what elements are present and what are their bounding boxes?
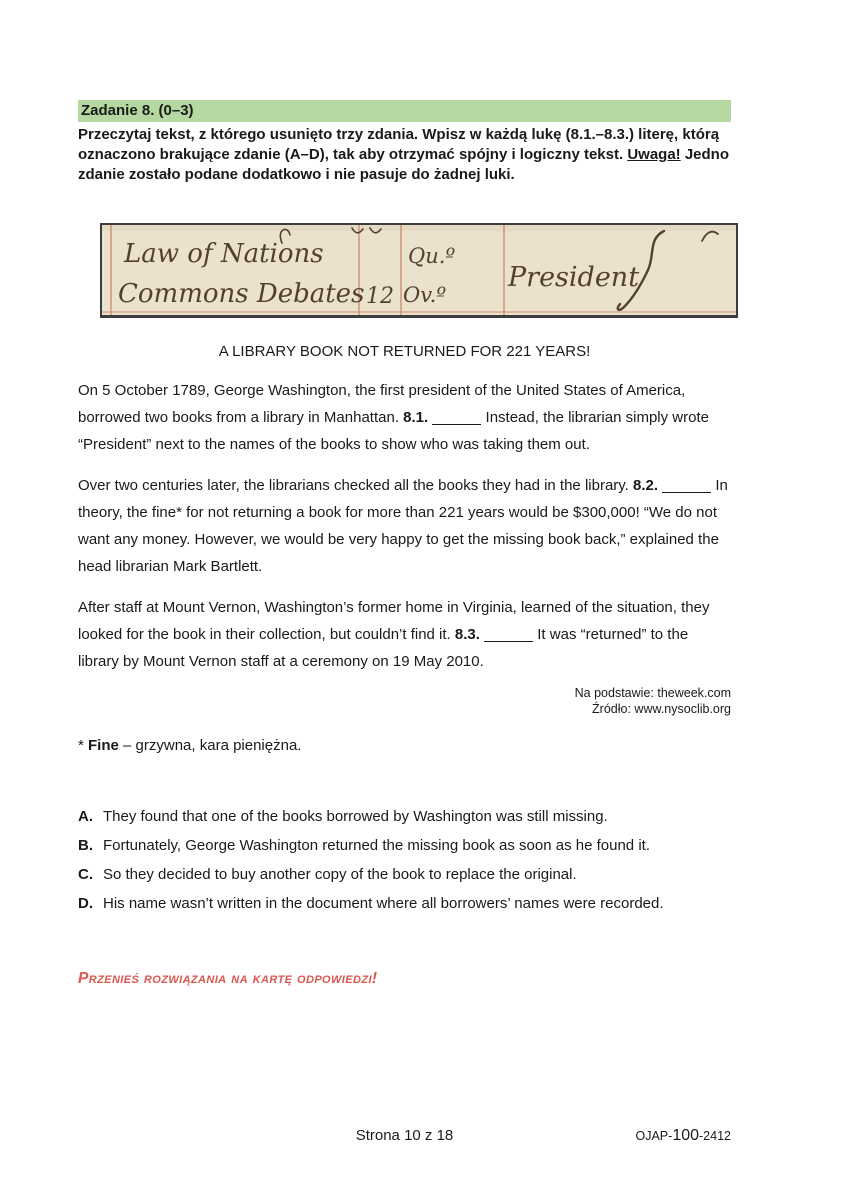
task-header-bar: Zadanie 8. (0–3)	[78, 100, 731, 122]
page-content: Zadanie 8. (0–3) Przeczytaj tekst, z któ…	[78, 0, 731, 988]
ledger-svg: Law of Nations Commons Debates 12 Qu.º O…	[102, 225, 736, 315]
exam-page: { "task": { "header": "Zadanie 8. (0–3)"…	[0, 0, 849, 1200]
glossary-footnote: * Fine – grzywna, kara pieniężna.	[78, 736, 731, 756]
passage-paragraph-3: After staff at Mount Vernon, Washington’…	[78, 594, 731, 675]
task-header-label: Zadanie 8. (0–3)	[81, 102, 194, 119]
exam-code-mid: 100	[672, 1127, 699, 1144]
gap-blank-8-1	[432, 410, 481, 425]
transfer-answers-note: Przenieś rozwiązania na kartę odpowiedzi…	[78, 970, 731, 988]
exam-code-prefix: OJAP-	[636, 1129, 673, 1143]
ledger-paper-shade	[102, 225, 736, 231]
option-row-b: B. Fortunately, George Washington return…	[78, 837, 731, 855]
gap-label-8-2: 8.2.	[633, 477, 658, 494]
source-line-1: Na podstawie: theweek.com	[78, 685, 731, 701]
gap-blank-8-2	[662, 478, 711, 493]
ledger-title-1: Law of Nations	[123, 239, 324, 269]
passage-paragraph-1: On 5 October 1789, George Washington, th…	[78, 377, 731, 458]
footnote-marker: *	[78, 737, 88, 754]
option-text-d: His name wasn’t written in the document …	[103, 895, 664, 913]
gap-label-8-3: 8.3.	[455, 626, 480, 643]
paragraph-text: Over two centuries later, the librarians…	[78, 477, 633, 494]
source-line-2: Źródło: www.nysoclib.org	[78, 701, 731, 717]
option-letter-b: B.	[78, 837, 103, 855]
instructions-text: Przeczytaj tekst, z którego usunięto trz…	[78, 126, 719, 163]
task-instructions: Przeczytaj tekst, z którego usunięto trz…	[78, 125, 731, 185]
ledger-borrower: President	[507, 262, 639, 293]
instructions-warning: Uwaga!	[627, 146, 680, 163]
gap-label-8-1: 8.1.	[403, 409, 428, 426]
ledger-scan-image: Law of Nations Commons Debates 12 Qu.º O…	[100, 223, 738, 318]
option-row-d: D. His name wasn’t written in the docume…	[78, 895, 731, 913]
passage-paragraph-2: Over two centuries later, the librarians…	[78, 472, 731, 580]
option-text-c: So they decided to buy another copy of t…	[103, 866, 577, 884]
page-footer: Strona 10 z 18 OJAP-100-2412	[78, 1126, 731, 1146]
option-row-a: A. They found that one of the books borr…	[78, 808, 731, 826]
option-row-c: C. So they decided to buy another copy o…	[78, 866, 731, 884]
exam-code: OJAP-100-2412	[636, 1126, 732, 1146]
ledger-title-2: Commons Debates	[118, 279, 364, 309]
option-letter-d: D.	[78, 895, 103, 913]
passage-title: A LIBRARY BOOK NOT RETURNED FOR 221 YEAR…	[78, 343, 731, 361]
source-attribution: Na podstawie: theweek.com Źródło: www.ny…	[78, 685, 731, 717]
answer-options: A. They found that one of the books borr…	[78, 808, 731, 913]
footnote-definition: – grzywna, kara pieniężna.	[119, 737, 302, 754]
footnote-term: Fine	[88, 737, 119, 754]
option-letter-a: A.	[78, 808, 103, 826]
option-text-b: Fortunately, George Washington returned …	[103, 837, 650, 855]
option-letter-c: C.	[78, 866, 103, 884]
ledger-number: 12	[366, 284, 394, 309]
exam-code-suffix: -2412	[699, 1129, 731, 1143]
ledger-size-top: Qu.º	[408, 244, 455, 268]
option-text-a: They found that one of the books borrowe…	[103, 808, 608, 826]
page-number: Strona 10 z 18	[78, 1126, 731, 1146]
ledger-size-bottom: Ov.º	[403, 283, 446, 307]
gap-blank-8-3	[484, 627, 533, 642]
